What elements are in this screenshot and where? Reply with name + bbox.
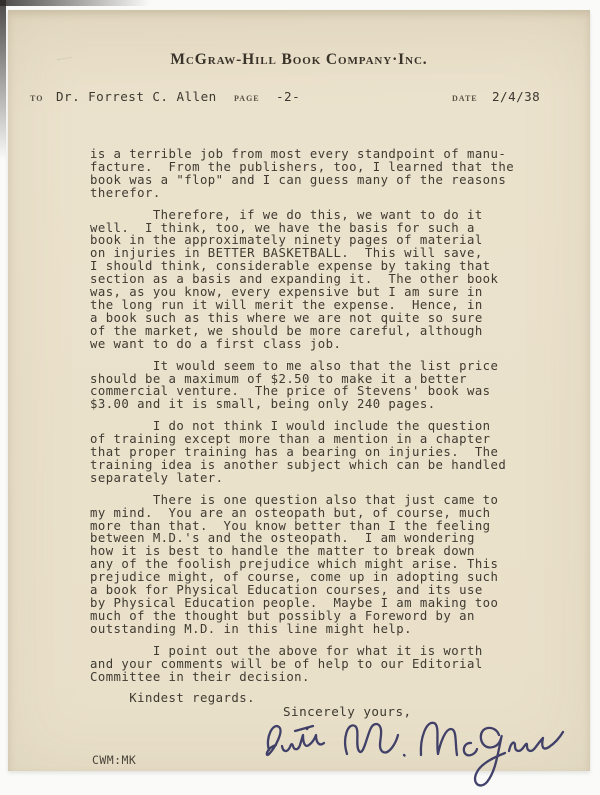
to-value: Dr. Forrest C. Allen	[56, 89, 217, 104]
paragraph: I point out the above for what it is wor…	[90, 645, 558, 684]
signature-ink-strokes	[260, 710, 572, 794]
letter-body: is a terrible job from most every standp…	[90, 148, 558, 705]
page-value: -2-	[276, 89, 300, 104]
date-value: 2/4/38	[492, 89, 540, 104]
letter-paper: McGraw-Hill Book Company·Inc. To Dr. For…	[8, 10, 590, 771]
paragraph: Therefore, if we do this, we want to do …	[90, 209, 558, 351]
paragraph: I do not think I would include the quest…	[90, 420, 558, 485]
company-letterhead: McGraw-Hill Book Company·Inc.	[8, 51, 590, 69]
to-label: To	[30, 94, 43, 103]
page-label: Page	[234, 94, 260, 103]
scan-edge-shadow-top	[0, 0, 150, 6]
date-label: Date	[452, 94, 478, 103]
scanned-letter-page: McGraw-Hill Book Company·Inc. To Dr. For…	[0, 0, 600, 795]
curtis-mcgraw-signature	[260, 710, 572, 794]
scan-edge-shadow-left	[0, 0, 6, 160]
typist-initials: CWM:MK	[92, 753, 136, 767]
paragraph: It would seem to me also that the list p…	[90, 360, 558, 412]
paragraph: There is one question also that just cam…	[90, 494, 558, 636]
paragraph: is a terrible job from most every standp…	[90, 148, 558, 200]
